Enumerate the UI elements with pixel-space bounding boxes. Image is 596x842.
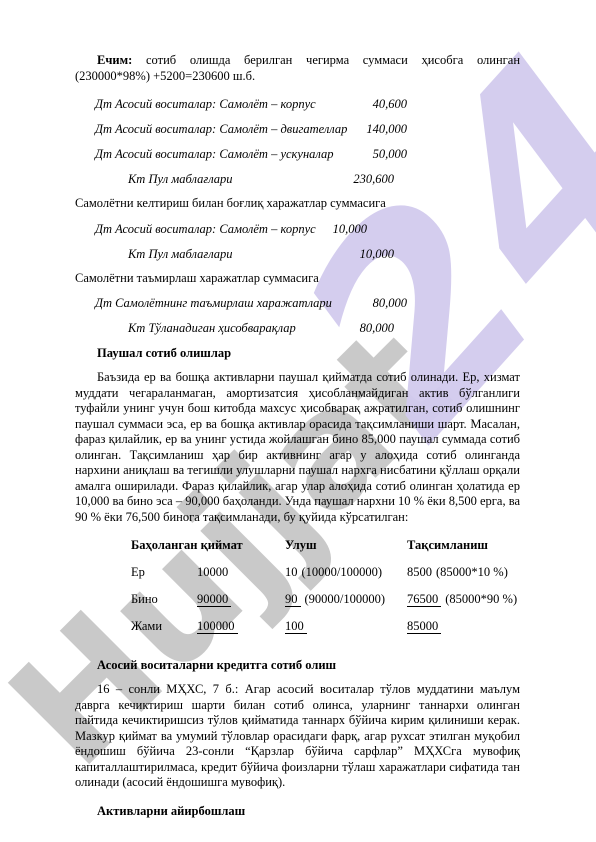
journal-line-amount: 10,000 (360, 246, 394, 262)
share-number: 10 (285, 565, 298, 579)
table-row-value: 10000 (197, 553, 285, 580)
dist-number: 8500 (407, 565, 432, 579)
table-row-share: 90(90000/100000) (285, 580, 407, 607)
journal-line-dt-uskunalar: Дт Асосий воситалар: Самолёт – ускуналар… (95, 146, 407, 162)
table-row-label: Бино (131, 580, 197, 607)
table-row-value: 100000 (197, 607, 285, 634)
dist-note: (85000*90 %) (445, 592, 517, 606)
share-number: 100 (285, 619, 307, 634)
journal-line-label: Дт Асосий воситалар: Самолёт – ускуналар (95, 146, 334, 162)
solution-text: сотиб олишда берилган чегирма суммаси ҳи… (75, 53, 520, 83)
journal-line-kt-pul: Кт Пул маблағлари 230,600 (128, 171, 394, 187)
value-number: 100000 (197, 619, 238, 634)
value-number: 90000 (197, 592, 231, 607)
table-header-share: Улуш (285, 537, 407, 553)
journal-line-kt-tulanadigan: Кт Тўланадиган ҳисобварақлар 80,000 (128, 320, 394, 336)
heading-exchange: Активларни айирбошлаш (97, 803, 520, 819)
journal-line-label: Дт Асосий воситалар: Самолёт – двигателл… (95, 121, 347, 137)
journal-line-amount: 140,000 (366, 121, 407, 137)
journal-line-label: Дт Асосий воситалар: Самолёт – корпус (95, 96, 316, 112)
journal-line-label: Кт Пул маблағлари (128, 246, 233, 262)
journal-line-amount: 80,000 (373, 295, 407, 311)
heading-credit: Асосий воситаларни кредитга сотиб олиш (97, 657, 520, 673)
share-number: 90 (285, 592, 301, 607)
table-header-value: Баҳоланган қиймат (131, 537, 285, 553)
journal-line-label: Кт Тўланадиган ҳисобварақлар (128, 320, 296, 336)
solution-paragraph: Ечим: сотиб олишда берилган чегирма сумм… (75, 53, 520, 84)
table-row-dist: 85000 (407, 607, 520, 634)
document-page: Hujjat 24 Ечим: сотиб олишда берилган че… (0, 0, 596, 842)
pausal-paragraph: Баъзида ер ва бошқа активларни паушал қи… (75, 370, 520, 525)
table-row-dist: 8500(85000*10 %) (407, 553, 520, 580)
journal-note-repair: Самолётни таъмирлаш харажатлар суммасига (75, 271, 520, 287)
dist-number: 76500 (407, 592, 441, 607)
journal-line-dt-dvigatellar: Дт Асосий воситалар: Самолёт – двигателл… (95, 121, 407, 137)
journal-note-delivery: Самолётни келтириш билан боғлиқ харажатл… (75, 196, 520, 212)
journal-line-amount: 80,000 (360, 320, 394, 336)
document-content: Ечим: сотиб олишда берилган чегирма сумм… (0, 0, 596, 819)
table-row-value: 90000 (197, 580, 285, 607)
journal-line-dt-korpus-2: Дт Асосий воситалар: Самолёт – корпус 10… (95, 221, 367, 237)
journal-line-label: Дт Асосий воситалар: Самолёт – корпус (95, 221, 316, 237)
table-row-label: Жами (131, 607, 197, 634)
table-row-share: 100 (285, 607, 407, 634)
journal-line-amount: 50,000 (373, 146, 407, 162)
value-number: 10000 (197, 565, 228, 579)
journal-line-amount: 40,600 (373, 96, 407, 112)
solution-label: Ечим: (97, 53, 132, 67)
share-note: (90000/100000) (305, 592, 386, 606)
credit-paragraph: 16 – сонли МҲХС, 7 б.: Агар асосий восит… (75, 682, 520, 791)
journal-line-dt-tamirlash: Дт Самолётнинг таъмирлаш харажатлари 80,… (95, 295, 407, 311)
allocation-table: Баҳоланган қиймат Улуш Тақсимланиш Ер 10… (131, 537, 520, 634)
table-row-label: Ер (131, 553, 197, 580)
dist-number: 85000 (407, 619, 441, 634)
table-row-share: 10(10000/100000) (285, 553, 407, 580)
journal-line-kt-pul-2: Кт Пул маблағлари 10,000 (128, 246, 394, 262)
journal-line-label: Дт Самолётнинг таъмирлаш харажатлари (95, 295, 332, 311)
journal-line-amount: 10,000 (333, 221, 367, 237)
table-header-dist: Тақсимланиш (407, 537, 520, 553)
journal-line-amount: 230,600 (353, 171, 394, 187)
table-row-dist: 76500(85000*90 %) (407, 580, 520, 607)
dist-note: (85000*10 %) (436, 565, 508, 579)
journal-line-dt-korpus: Дт Асосий воситалар: Самолёт – корпус 40… (95, 96, 407, 112)
share-note: (10000/100000) (302, 565, 383, 579)
heading-pausal: Паушал сотиб олишлар (97, 345, 520, 361)
journal-line-label: Кт Пул маблағлари (128, 171, 233, 187)
